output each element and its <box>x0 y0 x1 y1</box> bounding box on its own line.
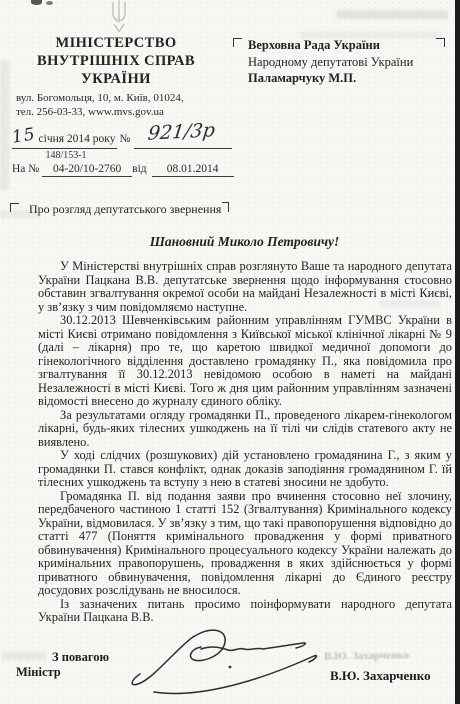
corner-bracket-icon <box>222 202 229 212</box>
reply-date: 08.01.2014 <box>152 163 234 177</box>
scan-edge-strip <box>455 0 460 704</box>
ministry-name-line: ВНУТРІШНІХ СПРАВ <box>14 52 218 70</box>
from-label: від <box>132 163 146 175</box>
ministry-name-line: УКРАЇНИ <box>14 70 218 88</box>
corner-bracket-icon <box>233 38 242 47</box>
date-field: 15 січня 2014 року <box>12 127 117 149</box>
reference-block: 15 січня 2014 року№921/3р 148/153-1 На №… <box>12 127 242 177</box>
number-label: № <box>119 133 130 145</box>
handwritten-signature-icon <box>126 628 344 700</box>
address-line: тел. 256-03-33, www.mvs.gov.ua <box>16 106 226 120</box>
scan-artifact <box>46 1 53 5</box>
body-paragraph: 30.12.2013 Шевченківським районним управ… <box>38 314 452 409</box>
addressee-role: Народному депутатові України <box>248 54 438 71</box>
date-month-year: січня 2014 року <box>39 133 116 145</box>
reply-number: 04-20/10-2760 <box>42 163 132 177</box>
scan-artifact <box>0 60 9 190</box>
addressee-block: Верховна Рада України Народному депутато… <box>248 37 438 87</box>
body-paragraph: Громадянка П. від подання заяви про вчин… <box>38 490 452 598</box>
subject-text: Про розгляд депутатського звернення <box>29 202 221 216</box>
handwritten-number: 921/3р <box>147 119 217 145</box>
internal-code: 148/153-1 <box>12 150 120 161</box>
addressee-organization: Верховна Рада України <box>248 37 438 54</box>
letter-body: У Міністерстві внутрішніх справ розгляну… <box>38 260 452 625</box>
signer-title: Міністр <box>16 665 61 680</box>
body-paragraph: Із зазначених питань просимо поінформува… <box>38 598 452 625</box>
body-paragraph: У Міністерстві внутрішніх справ розгляну… <box>38 260 452 314</box>
scanned-letter-page: МІНІСТЕРСТВО ВНУТРІШНІХ СПРАВ УКРАЇНИ ву… <box>0 0 460 704</box>
scan-artifact <box>31 0 42 5</box>
body-paragraph: У ході слідчих (розшукових) дій установл… <box>38 449 452 490</box>
handwritten-day: 15 <box>11 124 37 147</box>
signer-name: В.Ю. Захарченко <box>330 668 431 684</box>
scan-artifact <box>2 652 46 660</box>
ministry-name: МІНІСТЕРСТВО ВНУТРІШНІХ СПРАВ УКРАЇНИ <box>14 34 218 88</box>
ministry-name-line: МІНІСТЕРСТВО <box>14 34 218 52</box>
outgoing-number-field: 921/3р <box>134 134 232 149</box>
reply-label: На № <box>12 163 39 175</box>
salutation: Шановний Миколо Петровичу! <box>38 234 451 250</box>
reply-reference-line: На № 04-20/10-2760від08.01.2014 <box>12 163 242 177</box>
ukraine-trident-emblem-icon <box>103 0 135 36</box>
addressee-name: Паламарчуку М.П. <box>248 70 438 87</box>
address-line: вул. Богомольця, 10, м. Київ, 01024, <box>16 92 226 106</box>
closing-regards: З повагою <box>52 650 109 665</box>
bleed-through-text: В.Ю. Захарченко <box>324 649 409 662</box>
subject-line: Про розгляд депутатського звернення <box>29 202 229 217</box>
corner-bracket-icon <box>10 203 19 212</box>
outgoing-date-line: 15 січня 2014 року№921/3р <box>12 127 242 149</box>
scan-artifact <box>336 10 448 19</box>
body-paragraph: За результатами огляду громадянки П., пр… <box>38 409 452 450</box>
ministry-address: вул. Богомольця, 10, м. Київ, 01024, тел… <box>16 92 226 119</box>
